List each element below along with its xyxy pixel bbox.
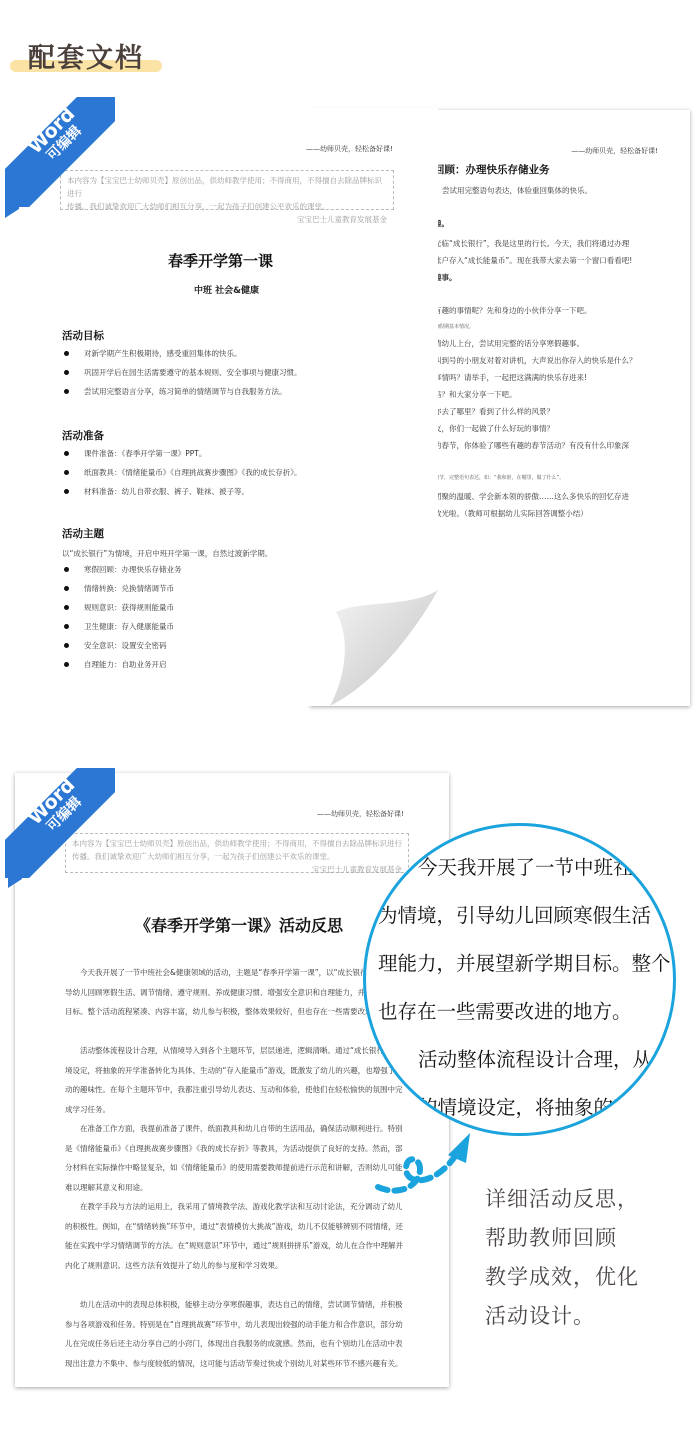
caption-line: 帮助教师回顾 (485, 1219, 639, 1258)
doc2-line: 放光啦。（教师可根据幼儿实际回答调整小结） (434, 508, 588, 519)
notice-signature: 宝宝巴士儿童教育发展基金 (67, 213, 387, 226)
doc2-line: 账户存入“成长能量币”。现在我带大家去第一个窗口看看吧! (434, 255, 632, 266)
reflection-paragraph: 幼儿在活动中的表现总体积极，能够主动分享寒假趣事，表达自己的情绪，尝试调节情绪，… (65, 1295, 409, 1373)
feature-caption: 详细活动反思， 帮助教师回顾 教学成效，优化 活动设计。 (485, 1180, 639, 1336)
reflection-paragraph: 今天我开展了一节中班社会&健康领域的活动，主题是“春季开学第一课”，以“成长银行… (65, 963, 409, 1022)
list-item: 课件准备：《春季开学第一课》PPT。 (62, 444, 302, 463)
doc2-line: 事情吗？请举手，一起把这满满的快乐存进来! (434, 372, 587, 383)
notice-line: 传播。我们诚挚欢迎广大幼师们相互分享，一起为孩子们创建公平欢乐的课堂。 (67, 200, 387, 213)
notice-line: 传播。我们诚挚欢迎广大幼师们相互分享，一起为孩子们创建公平欢乐的课堂。 (72, 850, 402, 863)
list-item: 材料准备：幼儿自带衣服、裤子、鞋袜、被子等。 (62, 482, 302, 501)
doc2-line: 光临“成长银行”，我是这里的行长。今天，我们将通过办理 (434, 238, 629, 249)
doc-tagline: ——幼师贝壳，轻松备好课! (317, 809, 404, 819)
magnifier-lens: 今天我开展了一节中班社 为情境，引导幼儿回顾寒假生活 理能力，并展望新学期目标。… (363, 823, 676, 1136)
doc2-line: 的假期基本情况。 (434, 323, 474, 330)
list-item: 自理能力：自助业务开启 (62, 655, 182, 674)
notice-line: 本内容为【宝宝巴士幼师贝壳】原创出品，供幼师教学使用；不得商用，不得擅自去除品牌… (67, 174, 387, 200)
prep-heading: 活动准备 (62, 428, 104, 443)
goals-list: 对新学期产生积极期待，感受重回集体的快乐。 巩固开学后在园生活需要遵守的基本规则… (62, 344, 302, 401)
doc2-line: 团聚的温暖、学会新本领的骄傲……这么多快乐的回忆存进 (434, 491, 629, 502)
magnified-line: 为情境，引导幼儿回顾寒假生活 (378, 900, 651, 928)
reflection-paragraph: 在准备工作方面，我提前准备了课件、纸面教具和幼儿自带的生活用品，确保活动顺利进行… (65, 1119, 409, 1197)
list-item: 卫生健康：存入健康能量币 (62, 617, 182, 636)
list-item: 尝试用完整语言分享，练习简单的情绪调节与自我服务方法。 (62, 382, 302, 401)
doc2-line: 友，你们一起做了什么好玩的事情？ (434, 423, 554, 434)
notice-line: 本内容为【宝宝巴士幼师贝壳】原创出品，供幼师教学使用；不得商用，不得擅自去除品牌… (72, 837, 402, 850)
list-item: 情绪转换：兑换情绪调节币 (62, 579, 182, 598)
section-title-text: 配套文档 (28, 36, 144, 75)
doc-title: 《春季开学第一课》活动反思 (135, 913, 343, 936)
notice-signature: 宝宝巴士儿童教育发展基金 (72, 863, 402, 876)
list-item: 安全意识：设置安全密码 (62, 636, 182, 655)
list-item: 对新学期产生积极期待，感受重回集体的快乐。 (62, 344, 302, 363)
copyright-notice: 本内容为【宝宝巴士幼师贝壳】原创出品，供幼师教学使用；不得商用，不得擅自去除品牌… (65, 833, 409, 873)
doc2-line: 叫到号的小朋友对着对讲机，大声说出你存入的快乐是什么？ (434, 355, 637, 366)
list-item: 规则意识：获得规则能量币 (62, 598, 182, 617)
doc-title: 春季开学第一课 (168, 250, 273, 271)
doc-tagline: ——幼师贝壳，轻松备好课! (306, 144, 393, 154)
magnified-line: 理能力，并展望新学期目标。整个 (378, 948, 671, 976)
reflection-paragraph: 活动整体流程设计合理，从情境导入到各个主题环节，层层递进，逻辑清晰。通过“成长银… (65, 1041, 409, 1119)
magnified-line: 今天我开展了一节中班社 (418, 852, 633, 880)
page-curl-icon (330, 590, 440, 708)
section-heading: 配套文档 (10, 30, 170, 78)
caption-line: 详细活动反思， (485, 1180, 639, 1219)
reflection-paragraph: 在教学手段与方法的运用上，我采用了情境教学法、游戏化教学法和互动讨论法，充分调动… (65, 1197, 409, 1275)
goals-heading: 活动目标 (62, 328, 104, 343)
theme-heading: 活动主题 (62, 526, 104, 541)
doc2-line: 有趣的事情呢？先和身边的小伙伴分享一下吧。 (434, 305, 592, 316)
doc-tagline: ——幼师贝壳，轻松备好课! (571, 146, 658, 156)
doc2-line: 吗？和大家分享一下吧。 (434, 389, 517, 400)
caption-line: 活动设计。 (485, 1297, 639, 1336)
magnified-line: 活动整体流程设计合理，从 (418, 1044, 652, 1072)
theme-list: 寒假回顾：办理快乐存储业务 情绪转换：兑换情绪调节币 规则意识：获得规则能量币 … (62, 560, 182, 674)
list-item: 寒假回顾：办理快乐存储业务 (62, 560, 182, 579)
magnified-line: 的情境设定，将抽象的开 (418, 1092, 633, 1120)
prep-list: 课件准备：《春季开学第一课》PPT。 纸面教具：《情绪能量币》《自理挑战赛步骤图… (62, 444, 302, 501)
doc2-line: 细节，完整语句表达，如：“我和谁，在哪里，做了什么”。 (434, 474, 564, 481)
doc2-line: 请幼儿上台，尝试用完整的话分享寒假趣事。 (434, 338, 584, 349)
doc-subtitle: 中班 社会&健康 (194, 283, 259, 296)
magnified-line: 也存在一些需要改进的地方。 (378, 996, 632, 1024)
theme-intro: 以“成长银行”为情境，开启中班开学第一课，自然过渡新学期。 (62, 548, 272, 559)
list-item: 纸面教具：《情绪能量币》《自理挑战赛步骤图》《我的成长存折》。 (62, 463, 302, 482)
word-editable-badge: Word 可编辑 (5, 97, 115, 207)
caption-line: 教学成效，优化 (485, 1258, 639, 1297)
doc2-heading: 回顾：办理快乐存储业务 (434, 162, 550, 177)
dashed-arrow-icon (370, 1125, 480, 1205)
doc2-line: 的春节，你体验了哪些有趣的春节活动？有没有什么印象深 (434, 440, 629, 451)
doc2-line: 你去了哪里？看到了什么样的风景？ (434, 406, 554, 417)
list-item: 巩固开学后在园生活需要遵守的基本规则、安全事项与健康习惯。 (62, 363, 302, 382)
doc2-line: 尝试用完整语句表达，体验重回集体的快乐。 (442, 185, 592, 196)
